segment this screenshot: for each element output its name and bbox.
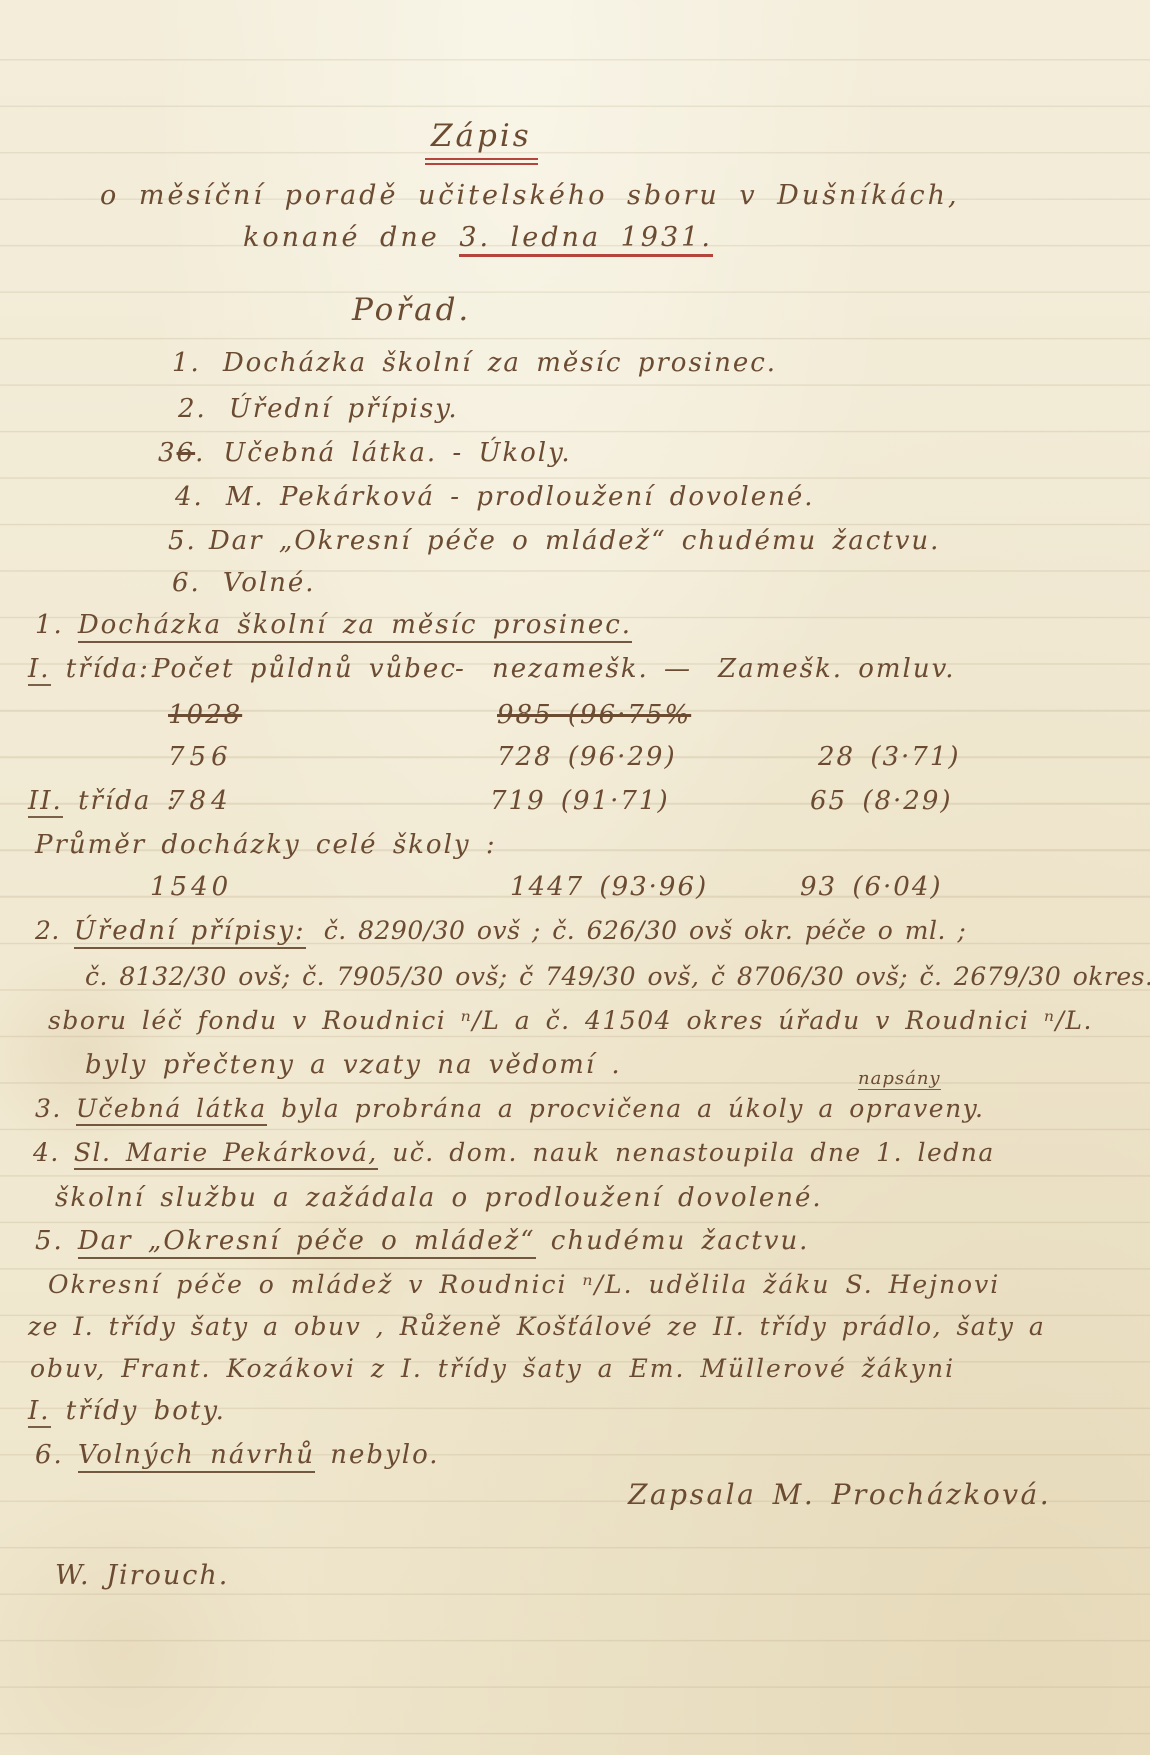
official-line2: č. 8132/30 ovš; č. 7905/30 ovš; č 749/30… xyxy=(85,962,1150,991)
item-number: 6. xyxy=(172,568,201,598)
item-text: Volné. xyxy=(223,568,316,598)
agenda-heading: Pořad. xyxy=(352,292,471,328)
agenda-item-3: 36.Učebná látka. - Úkoly. xyxy=(158,438,572,468)
item-text: Docházka školní za měsíc prosinec. xyxy=(223,348,777,378)
item-number-corrected: 3 xyxy=(158,438,177,468)
item-text: Dar „Okresní péče o mládež“ chudému žact… xyxy=(209,526,941,556)
average-total: 1540 xyxy=(150,872,232,902)
attendance-col-missed: Zamešk. omluv. xyxy=(718,654,955,684)
leave-line2: školní službu a zažádala o prodloužení d… xyxy=(55,1183,823,1213)
date-line: konané dne 3. ledna 1931. xyxy=(243,222,713,253)
gift-heading: 5.Dar „Okresní péče o mládež“ chudému ža… xyxy=(35,1226,809,1256)
class1-total: 756 xyxy=(168,742,233,772)
attendance-col-dash: - xyxy=(455,654,466,684)
gift-line1: Okresní péče o mládež v Roudnici ⁿ/L. ud… xyxy=(48,1270,1000,1299)
title-text: Zápis xyxy=(425,118,538,165)
gift-line4-rest: třídy boty. xyxy=(51,1396,226,1426)
official-line3: sboru léč fondu v Roudnici ⁿ/L a č. 4150… xyxy=(48,1006,1093,1035)
gift-line3: obuv, Frant. Kozákovi z I. třídy šaty a … xyxy=(30,1354,955,1383)
class2-label-text: třída : xyxy=(63,786,178,816)
meeting-date: 3. ledna 1931. xyxy=(459,222,713,257)
recorder-signature: Zapsala M. Procházková. xyxy=(628,1478,1051,1511)
class2-missed: 65 (8·29) xyxy=(810,786,953,816)
official-heading-line: 2.Úřední přípisy:č. 8290/30 ovš ; č. 626… xyxy=(35,916,966,946)
average-label: Průměr docházky celé školy : xyxy=(35,830,497,860)
section-title: Volných návrhů xyxy=(78,1440,315,1473)
gift-line2: ze I. třídy šaty a obuv , Růženě Košťálo… xyxy=(28,1312,1045,1341)
section-title: Docházka školní za měsíc prosinec. xyxy=(78,610,632,643)
item-text: Učebná látka. - Úkoly. xyxy=(223,438,571,468)
attendance-col-total: Počet půldnů vůbec xyxy=(152,654,457,684)
agenda-item-2: 2.Úřední přípisy. xyxy=(178,394,459,424)
official-line1: č. 8290/30 ovš ; č. 626/30 ovš okr. péče… xyxy=(324,916,967,945)
page-title: Zápis xyxy=(425,118,538,154)
section-title: Dar „Okresní péče o mládež“ xyxy=(78,1226,536,1259)
curriculum-text-b: a opraveny. xyxy=(804,1094,984,1123)
item-number-struck: 6 xyxy=(177,438,196,468)
handwritten-minutes-page: Zápis o měsíční poradě učitelského sboru… xyxy=(0,0,1150,1755)
section-number: 4. xyxy=(33,1138,60,1167)
class1-missed: 28 (3·71) xyxy=(818,742,961,772)
attendance-col-attended: nezamešk. — xyxy=(492,654,692,684)
section-number: 2. xyxy=(35,916,60,945)
gift-heading-rest: chudému žactvu. xyxy=(536,1226,810,1256)
inserted-word: napsány xyxy=(858,1068,941,1090)
class1-roman: I. xyxy=(28,654,51,686)
curriculum-line: 3.Učebná látka byla probrána a procvičen… xyxy=(35,1094,984,1123)
section-number: 1. xyxy=(35,610,64,640)
average-missed: 93 (6·04) xyxy=(800,872,943,902)
teacher-name: Sl. Marie Pekárková, xyxy=(74,1138,378,1170)
official-line4: byly přečteny a vzaty na vědomí . xyxy=(85,1050,622,1080)
leave-line1: 4.Sl. Marie Pekárková, uč. dom. nauk nen… xyxy=(33,1138,995,1167)
class2-label: II. třída : xyxy=(28,786,177,816)
class1-label: třída: xyxy=(51,654,150,684)
item-text: M. Pekárková - prodloužení dovolené. xyxy=(226,482,815,512)
item-number: 2. xyxy=(178,394,207,424)
item-number: 4. xyxy=(175,482,204,512)
section-title: Učebná látka xyxy=(76,1094,267,1126)
attendance-header-class: I. třída: xyxy=(28,654,150,684)
free-line: 6.Volných návrhů nebylo. xyxy=(35,1440,440,1470)
curriculum-text-a: byla probrána a procvičena a úkoly xyxy=(267,1094,804,1123)
struck-attended: 985 (96·75% xyxy=(497,700,691,730)
leave-rest: uč. dom. nauk nenastoupila dne 1. ledna xyxy=(378,1138,995,1167)
class2-roman: II. xyxy=(28,786,63,818)
subtitle: o měsíční poradě učitelského sboru v Duš… xyxy=(100,180,960,211)
free-rest: nebylo. xyxy=(315,1440,440,1470)
average-attended: 1447 (93·96) xyxy=(510,872,708,902)
agenda-item-5: 5.Dar „Okresní péče o mládež“ chudému ža… xyxy=(168,526,940,556)
item-text: Úřední přípisy. xyxy=(229,394,459,424)
date-prefix: konané dne xyxy=(243,222,440,253)
agenda-item-1: 1.Docházka školní za měsíc prosinec. xyxy=(172,348,777,378)
approver-signature: W. Jirouch. xyxy=(55,1560,229,1591)
item-number-dot: . xyxy=(195,438,205,468)
section-number: 6. xyxy=(35,1440,64,1470)
section-title: Úřední přípisy: xyxy=(74,916,306,949)
section-number: 3. xyxy=(35,1094,62,1123)
section-number: 5. xyxy=(35,1226,64,1256)
class2-attended: 719 (91·71) xyxy=(490,786,670,816)
class2-total: 784 xyxy=(168,786,233,816)
class1-attended: 728 (96·29) xyxy=(497,742,677,772)
gift-line4: I. třídy boty. xyxy=(28,1396,226,1426)
struck-total: 1028 xyxy=(168,700,242,730)
item-number: 5. xyxy=(168,526,197,556)
attendance-heading: 1.Docházka školní za měsíc prosinec. xyxy=(35,610,632,640)
class-roman: I. xyxy=(28,1396,51,1428)
item-number: 1. xyxy=(172,348,201,378)
agenda-item-6: 6.Volné. xyxy=(172,568,316,598)
agenda-item-4: 4.M. Pekárková - prodloužení dovolené. xyxy=(175,482,815,512)
